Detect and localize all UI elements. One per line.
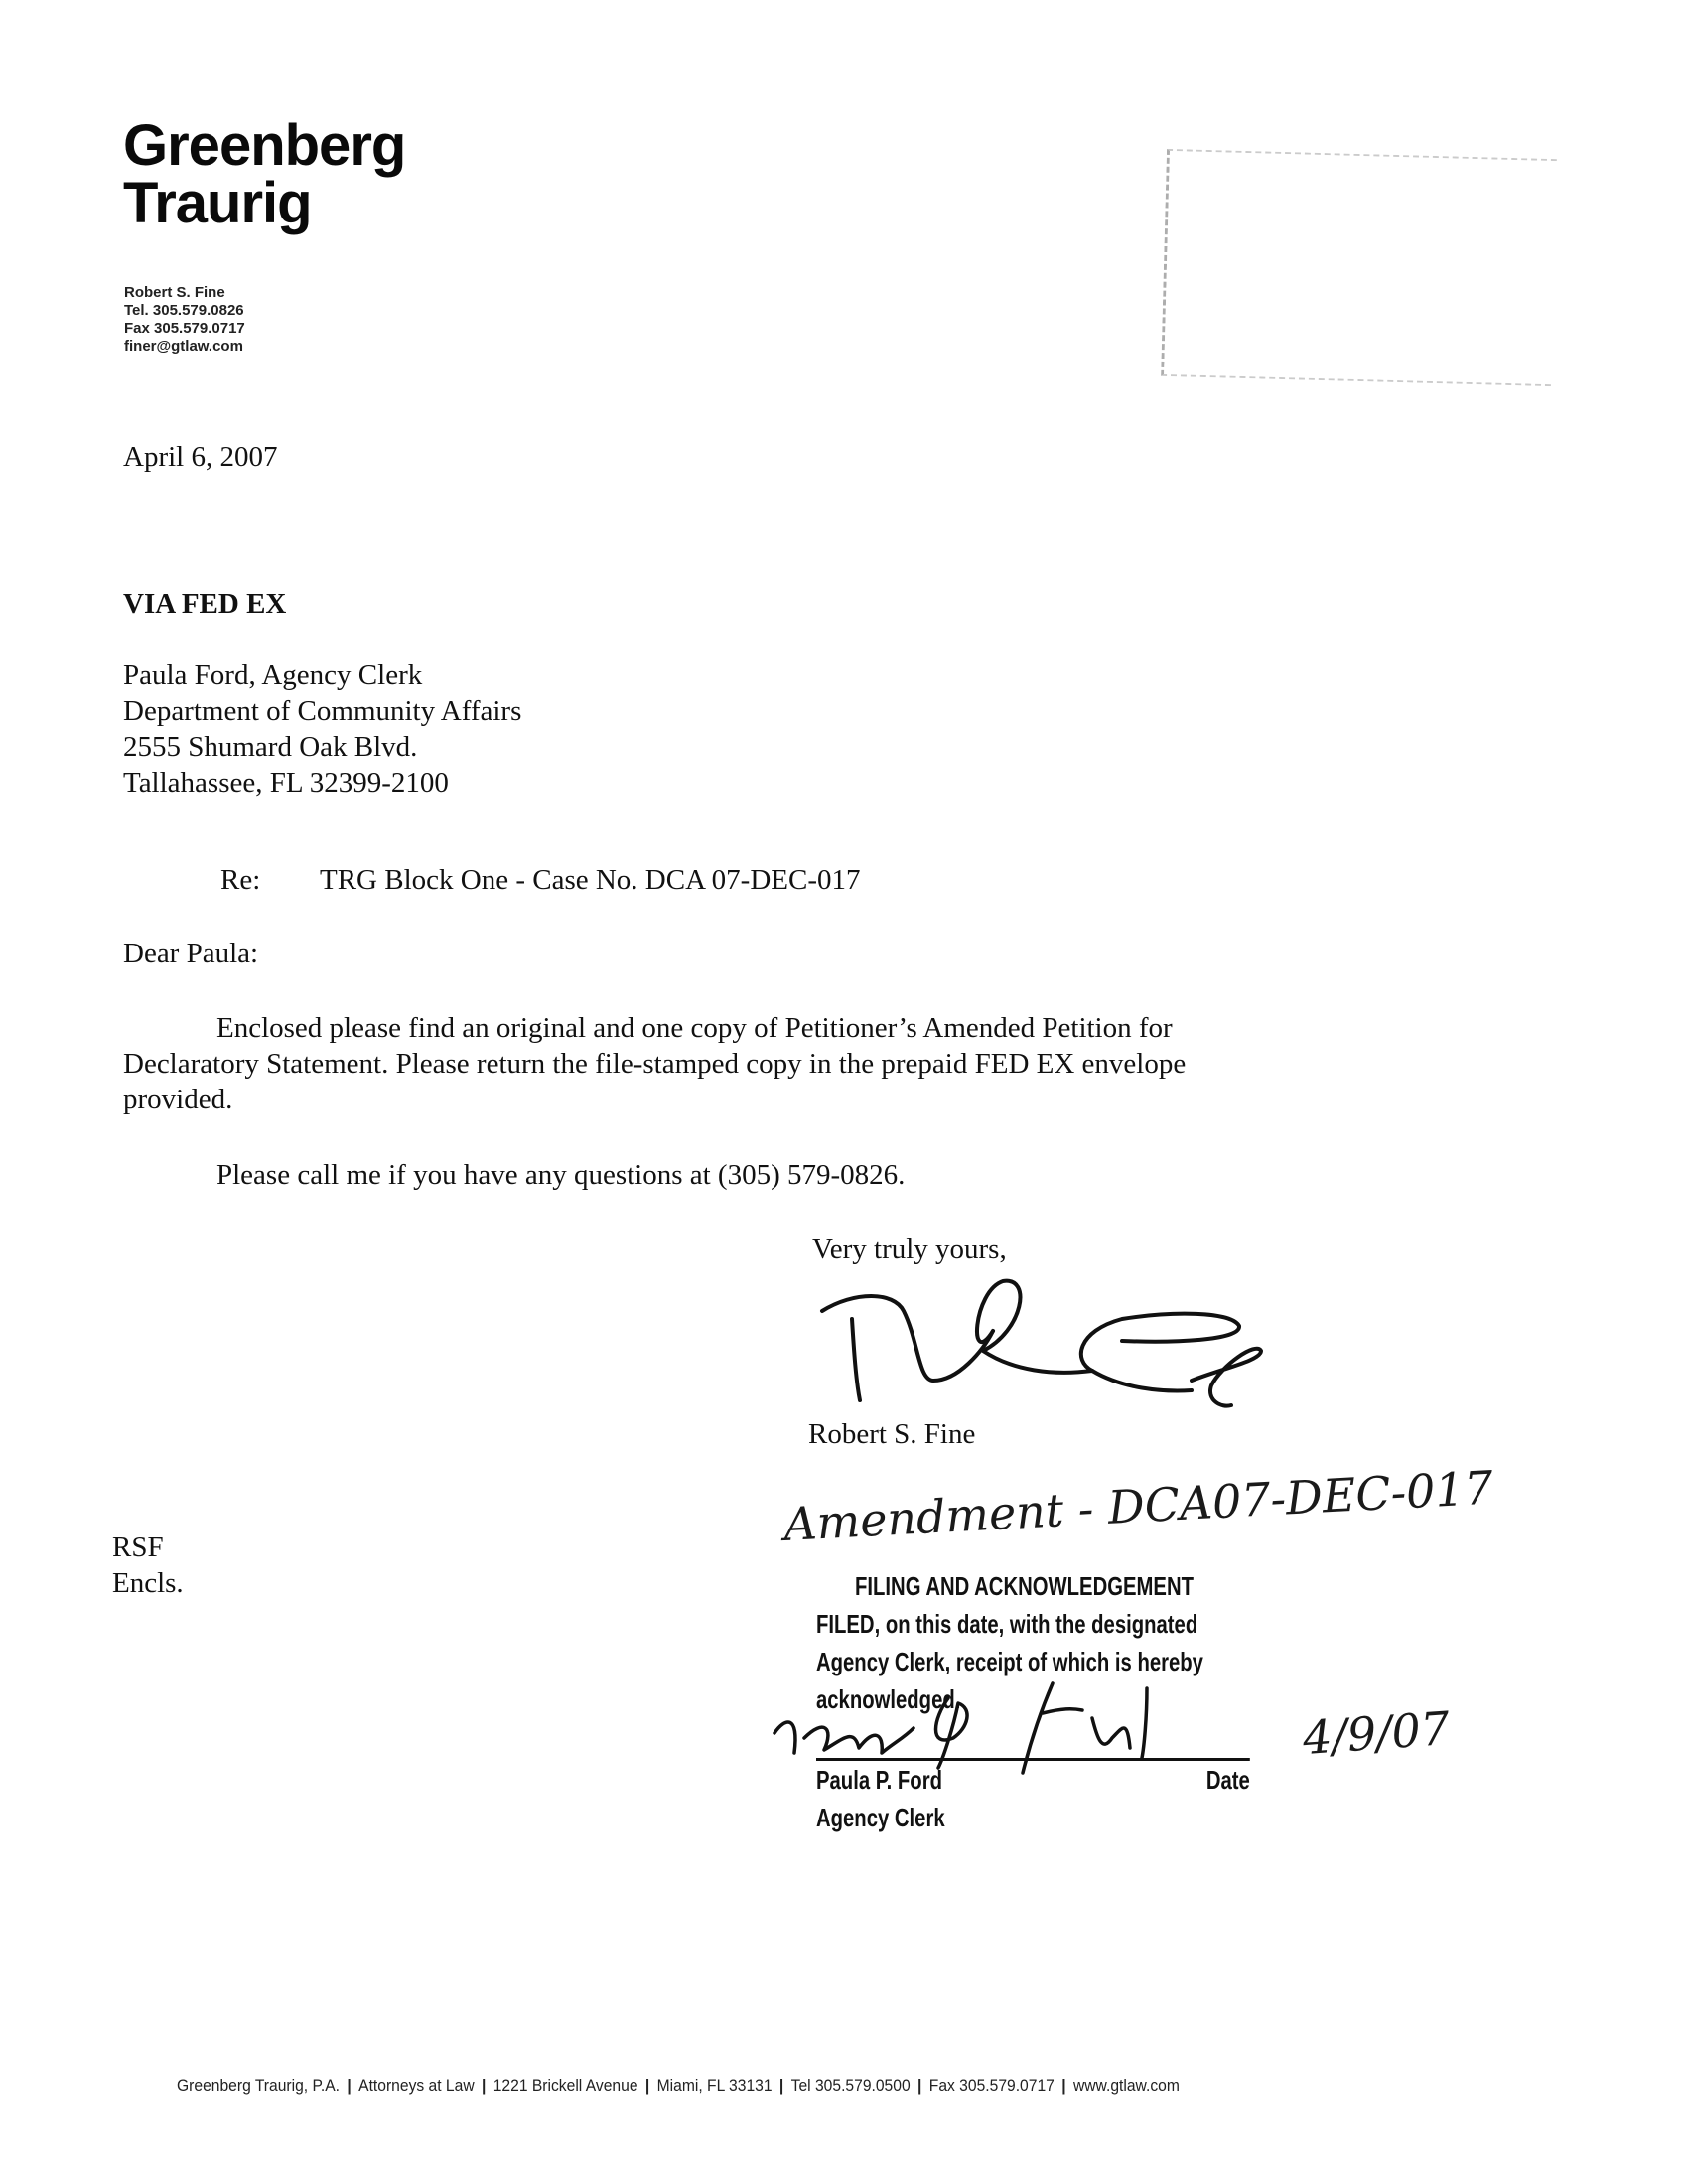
handwritten-amendment-note: Amendment - DCA07-DEC-017 (782, 1461, 1494, 1551)
recipient-line-4: Tallahassee, FL 32399-2100 (123, 765, 521, 801)
footer-separator: | (1061, 2076, 1065, 2095)
recipient-line-3: 2555 Shumard Oak Blvd. (123, 729, 521, 765)
footer-separator: | (347, 2076, 351, 2095)
body-paragraph-1-line-2: Declaratory Statement. Please return the… (123, 1046, 1186, 1082)
recipient-address: Paula Ford, Agency Clerk Department of C… (123, 657, 521, 801)
clerk-signature-icon (755, 1659, 1311, 1778)
footer-tel: Tel 305.579.0500 (791, 2076, 911, 2095)
stamp-title: FILING AND ACKNOWLEDGEMENT (816, 1567, 1250, 1605)
clerk-title: Agency Clerk (816, 1799, 1250, 1836)
salutation: Dear Paula: (123, 936, 258, 971)
sender-fax: Fax 305.579.0717 (124, 320, 245, 338)
body-paragraph-1: Enclosed please find an original and one… (123, 1010, 1186, 1117)
footer-practice: Attorneys at Law (358, 2076, 474, 2095)
initials-block: RSF Encls. (112, 1529, 184, 1601)
footer-fax: Fax 305.579.0717 (929, 2076, 1055, 2095)
faded-received-stamp-icon (1161, 149, 1557, 386)
footer-separator: | (482, 2076, 486, 2095)
footer-separator: | (779, 2076, 783, 2095)
recipient-line-2: Department of Community Affairs (123, 693, 521, 729)
handwritten-signature-icon (794, 1271, 1271, 1420)
re-subject: TRG Block One - Case No. DCA 07-DEC-017 (320, 862, 861, 898)
footer-separator: | (645, 2076, 649, 2095)
re-label: Re: (220, 862, 260, 898)
firm-name-line2: Traurig (123, 175, 405, 232)
footer-website: www.gtlaw.com (1073, 2076, 1180, 2095)
sender-tel: Tel. 305.579.0826 (124, 302, 245, 320)
sender-contact-block: Robert S. Fine Tel. 305.579.0826 Fax 305… (124, 284, 245, 356)
footer-city: Miami, FL 33131 (657, 2076, 773, 2095)
sender-email: finer@gtlaw.com (124, 338, 245, 356)
footer-firm: Greenberg Traurig, P.A. (177, 2076, 340, 2095)
closing: Very truly yours, (812, 1232, 1007, 1267)
firm-name-line1: Greenberg (123, 117, 405, 175)
body-paragraph-1-line-1: Enclosed please find an original and one… (123, 1010, 1186, 1046)
footer-street: 1221 Brickell Avenue (493, 2076, 638, 2095)
recipient-line-1: Paula Ford, Agency Clerk (123, 657, 521, 693)
delivery-method: VIA FED EX (123, 586, 286, 622)
typist-initials: RSF (112, 1529, 184, 1565)
letter-date: April 6, 2007 (123, 439, 277, 475)
body-paragraph-2: Please call me if you have any questions… (216, 1157, 905, 1193)
stamp-line-1: FILED, on this date, with the designated (816, 1605, 1250, 1643)
enclosures-note: Encls. (112, 1565, 184, 1601)
handwritten-filing-date: 4/9/07 (1301, 1701, 1451, 1765)
sender-name: Robert S. Fine (124, 284, 245, 302)
signer-name: Robert S. Fine (808, 1416, 975, 1452)
footer-separator: | (917, 2076, 921, 2095)
firm-logo: Greenberg Traurig (123, 117, 405, 232)
letterhead-footer: Greenberg Traurig, P.A.|Attorneys at Law… (177, 2076, 1180, 2096)
body-paragraph-1-line-3: provided. (123, 1082, 1186, 1117)
